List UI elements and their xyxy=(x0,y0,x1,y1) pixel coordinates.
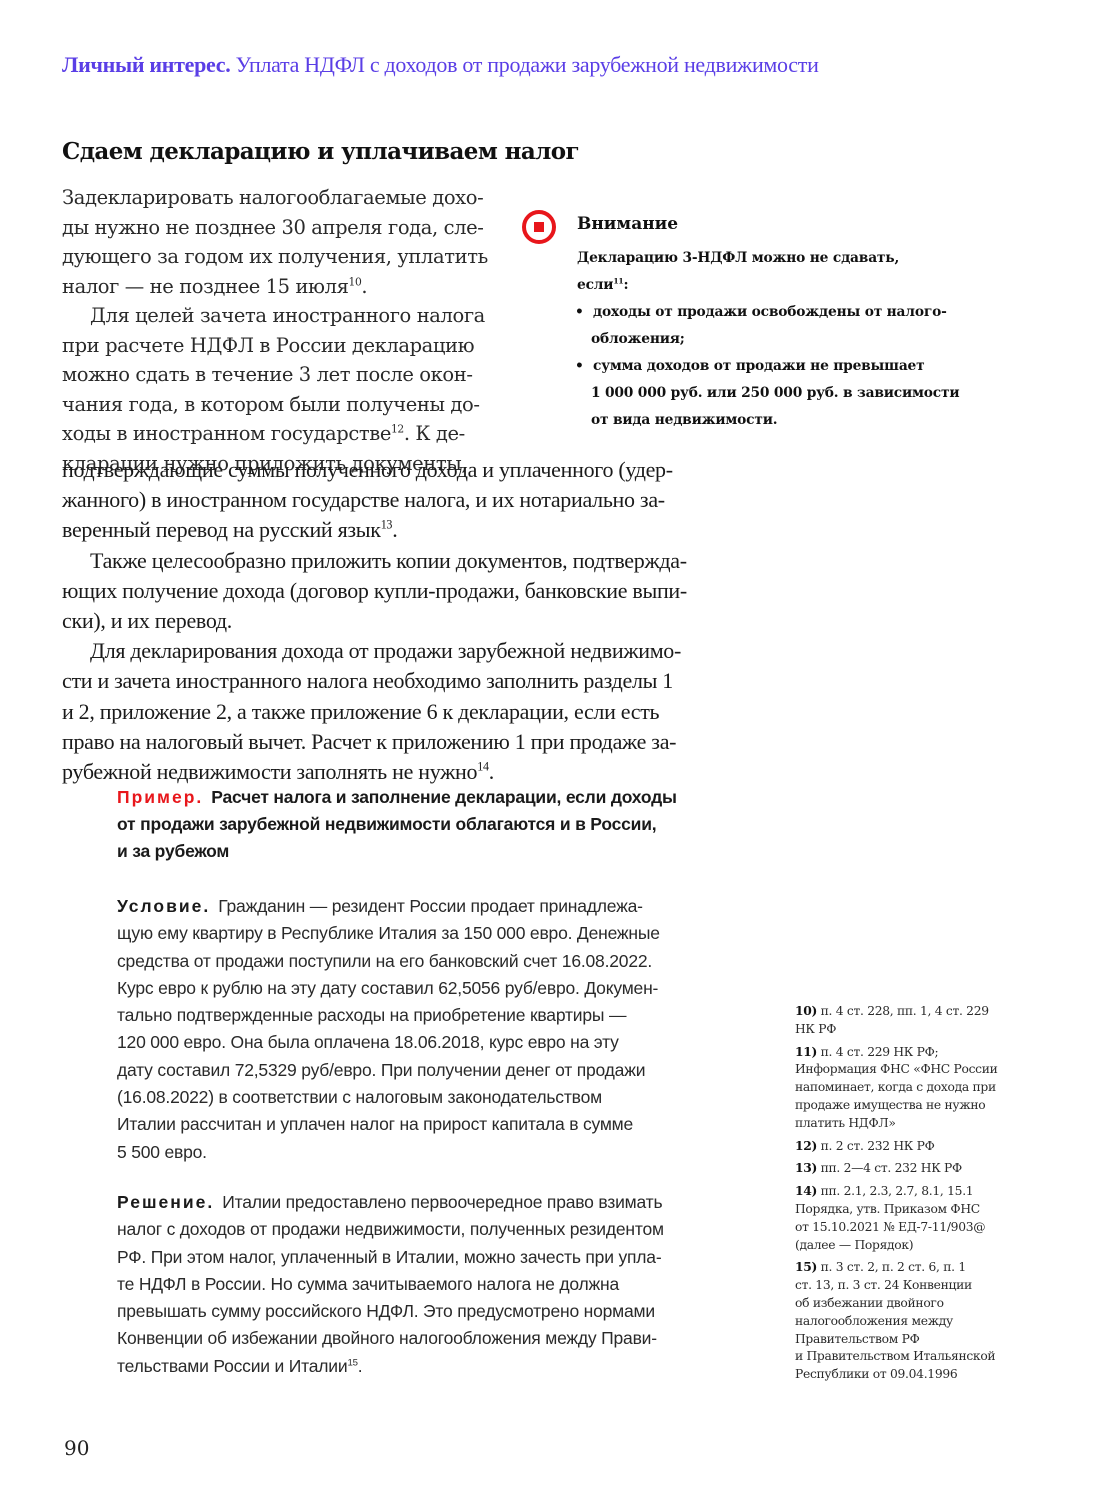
callout-intro-line: Декларацию 3-НДФЛ можно не сдавать, xyxy=(577,245,1017,272)
text-line: ходы в иностранном государстве12. К де- xyxy=(62,419,502,449)
text-line: чания года, в котором были получены до- xyxy=(62,390,502,420)
example-line: тально подтвержденные расходы на приобре… xyxy=(117,1002,660,1029)
footnote-line: об избежании двойного xyxy=(795,1295,1025,1313)
footnote-line: ст. 13, п. 3 ст. 24 Конвенции xyxy=(795,1277,1025,1295)
example-title-line: Пример.Расчет налога и заполнение деклар… xyxy=(117,784,757,811)
callout-bullet-line: доходы от продажи освобождены от налого- xyxy=(577,299,1017,326)
running-head: Личный интерес. Уплата НДФЛ с доходов от… xyxy=(62,52,819,78)
footnote-line: 12) п. 2 ст. 232 НК РФ xyxy=(795,1137,1025,1156)
footnote-ref: 10 xyxy=(349,275,362,288)
example-line: Конвенции об избежании двойного налогооб… xyxy=(117,1325,664,1352)
example-box: Пример.Расчет налога и заполнение деклар… xyxy=(117,784,757,865)
footnote-line: НК РФ xyxy=(795,1021,1025,1039)
footnote-line: платить НДФЛ» xyxy=(795,1115,1025,1133)
footnote-ref: 15 xyxy=(347,1357,357,1368)
callout-bullet-list: доходы от продажи освобождены от налого-… xyxy=(577,299,1017,434)
footnote-line: 10) п. 4 ст. 228, пп. 1, 4 ст. 229 xyxy=(795,1002,1025,1021)
footnotes: 10) п. 4 ст. 228, пп. 1, 4 ст. 229НК РФ1… xyxy=(795,1002,1025,1388)
text-line: подтверждающие суммы полученного дохода … xyxy=(62,455,752,485)
footnote-ref: 12 xyxy=(391,423,404,436)
example-line: превышать сумму российского НДФЛ. Это пр… xyxy=(117,1298,664,1325)
footnote: 13) пп. 2—4 ст. 232 НК РФ xyxy=(795,1159,1025,1178)
text-line: и 2, приложение 2, а также приложение 6 … xyxy=(62,697,752,727)
example-line: РФ. При этом налог, уплаченный в Италии,… xyxy=(117,1244,664,1271)
footnote-line: 13) пп. 2—4 ст. 232 НК РФ xyxy=(795,1159,1025,1178)
text-line: рубежной недвижимости заполнять не нужно… xyxy=(62,757,752,787)
example-line: щую ему квартиру в Республике Италия за … xyxy=(117,920,660,947)
footnote-line: налогообложения между xyxy=(795,1313,1025,1331)
callout-bullet-line: обложения; xyxy=(577,326,1017,353)
example-line: Италии рассчитан и уплачен налог на прир… xyxy=(117,1111,660,1138)
footnote-line: продаже имущества не нужно xyxy=(795,1097,1025,1115)
footnote: 12) п. 2 ст. 232 НК РФ xyxy=(795,1137,1025,1156)
text-line: веренный перевод на русский язык13. xyxy=(62,515,752,545)
callout-bullet-line: от вида недвижимости. xyxy=(577,407,1017,434)
callout-intro-line: если11: xyxy=(577,272,1017,299)
example-line: тельствами России и Италии15. xyxy=(117,1353,664,1380)
example-line: налог с доходов от продажи недвижимости,… xyxy=(117,1216,664,1243)
text-line: Для целей зачета иностранного налога xyxy=(62,301,502,331)
callout-bullet-line: сумма доходов от продажи не превышает xyxy=(577,353,1017,380)
running-head-section: Личный интерес. xyxy=(62,52,230,77)
footnote-line: 11) п. 4 ст. 229 НК РФ; xyxy=(795,1043,1025,1062)
text-line: Для декларирования дохода от продажи зар… xyxy=(62,636,752,666)
example-line: Условие.Гражданин — резидент России прод… xyxy=(117,893,660,920)
text-line: дующего за годом их получения, уплатить xyxy=(62,242,502,272)
text-line: ющих получение дохода (договор купли-про… xyxy=(62,576,752,606)
example-line: те НДФЛ в России. Но сумма зачитываемого… xyxy=(117,1271,664,1298)
footnote-ref: 14 xyxy=(477,760,489,774)
footnote-number: 12) xyxy=(795,1138,817,1153)
footnote-number: 13) xyxy=(795,1160,817,1175)
example-sublabel: Условие. xyxy=(117,896,210,916)
example-line: 120 000 евро. Она была оплачена 18.06.20… xyxy=(117,1029,660,1056)
footnote-line: Республики от 09.04.1996 xyxy=(795,1366,1025,1384)
example-solution: Решение.Италии предоставлено первоочеред… xyxy=(117,1189,664,1380)
example-line: средства от продажи поступили на его бан… xyxy=(117,948,660,975)
body-text-narrow: Задекларировать налогооблагаемые дохо-ды… xyxy=(62,183,502,478)
footnote-line: Информация ФНС «ФНС России xyxy=(795,1061,1025,1079)
example-title-line: и за рубежом xyxy=(117,838,757,865)
footnote-ref: 13 xyxy=(381,518,393,532)
footnote-line: напоминает, когда с дохода при xyxy=(795,1079,1025,1097)
footnote: 10) п. 4 ст. 228, пп. 1, 4 ст. 229НК РФ xyxy=(795,1002,1025,1039)
body-text-wide: подтверждающие суммы полученного дохода … xyxy=(62,455,752,787)
footnote-number: 10) xyxy=(795,1003,817,1018)
callout-body: Декларацию 3-НДФЛ можно не сдавать, если… xyxy=(577,245,1017,434)
text-line: можно сдать в течение 3 лет после окон- xyxy=(62,360,502,390)
example-heading: Пример.Расчет налога и заполнение деклар… xyxy=(117,784,757,865)
example-title-line: от продажи зарубежной недвижимости облаг… xyxy=(117,811,757,838)
footnote-number: 15) xyxy=(795,1259,817,1274)
stop-circle-icon xyxy=(522,210,556,244)
text-line: при расчете НДФЛ в России декларацию xyxy=(62,331,502,361)
text-line: Задекларировать налогооблагаемые дохо- xyxy=(62,183,502,213)
footnote-line: Правительством РФ xyxy=(795,1331,1025,1349)
footnote-number: 11) xyxy=(795,1044,817,1059)
footnote: 14) пп. 2.1, 2.3, 2.7, 8.1, 15.1Порядка,… xyxy=(795,1182,1025,1254)
text-line: жанного) в иностранном государстве налог… xyxy=(62,485,752,515)
footnote: 15) п. 3 ст. 2, п. 2 ст. 6, п. 1ст. 13, … xyxy=(795,1258,1025,1384)
example-line: Курс евро к рублю на эту дату составил 6… xyxy=(117,975,660,1002)
example-condition: Условие.Гражданин — резидент России прод… xyxy=(117,893,660,1166)
footnote-line: Порядка, утв. Приказом ФНС xyxy=(795,1201,1025,1219)
example-line: (16.08.2022) в соответствии с налоговым … xyxy=(117,1084,660,1111)
section-title: Сдаем декларацию и уплачиваем налог xyxy=(62,138,579,165)
footnote-number: 14) xyxy=(795,1183,817,1198)
page-number: 90 xyxy=(64,1436,89,1460)
footnote-line: (далее — Порядок) xyxy=(795,1237,1025,1255)
running-head-title: Уплата НДФЛ с доходов от продажи зарубеж… xyxy=(230,52,818,77)
text-line: Также целесообразно приложить копии доку… xyxy=(62,546,752,576)
text-line: налог — не позднее 15 июля10. xyxy=(62,272,502,302)
callout-title: Внимание xyxy=(577,214,678,234)
text-line: ды нужно не позднее 30 апреля года, сле- xyxy=(62,213,502,243)
example-label: Пример. xyxy=(117,787,203,807)
footnote-line: от 15.10.2021 № ЕД-7-11/903@ xyxy=(795,1219,1025,1237)
text-line: право на налоговый вычет. Расчет к прило… xyxy=(62,727,752,757)
footnote-line: и Правительством Итальянской xyxy=(795,1348,1025,1366)
callout-bullet-line: 1 000 000 руб. или 250 000 руб. в зависи… xyxy=(577,380,1017,407)
example-line: дату составил 72,5329 руб/евро. При полу… xyxy=(117,1057,660,1084)
text-line: сти и зачета иностранного налога необход… xyxy=(62,666,752,696)
footnote-line: 14) пп. 2.1, 2.3, 2.7, 8.1, 15.1 xyxy=(795,1182,1025,1201)
footnote-line: 15) п. 3 ст. 2, п. 2 ст. 6, п. 1 xyxy=(795,1258,1025,1277)
footnote: 11) п. 4 ст. 229 НК РФ;Информация ФНС «Ф… xyxy=(795,1043,1025,1133)
example-line: Решение.Италии предоставлено первоочеред… xyxy=(117,1189,664,1216)
text-line: ски), и их перевод. xyxy=(62,606,752,636)
example-sublabel: Решение. xyxy=(117,1192,214,1212)
example-line: 5 500 евро. xyxy=(117,1139,660,1166)
